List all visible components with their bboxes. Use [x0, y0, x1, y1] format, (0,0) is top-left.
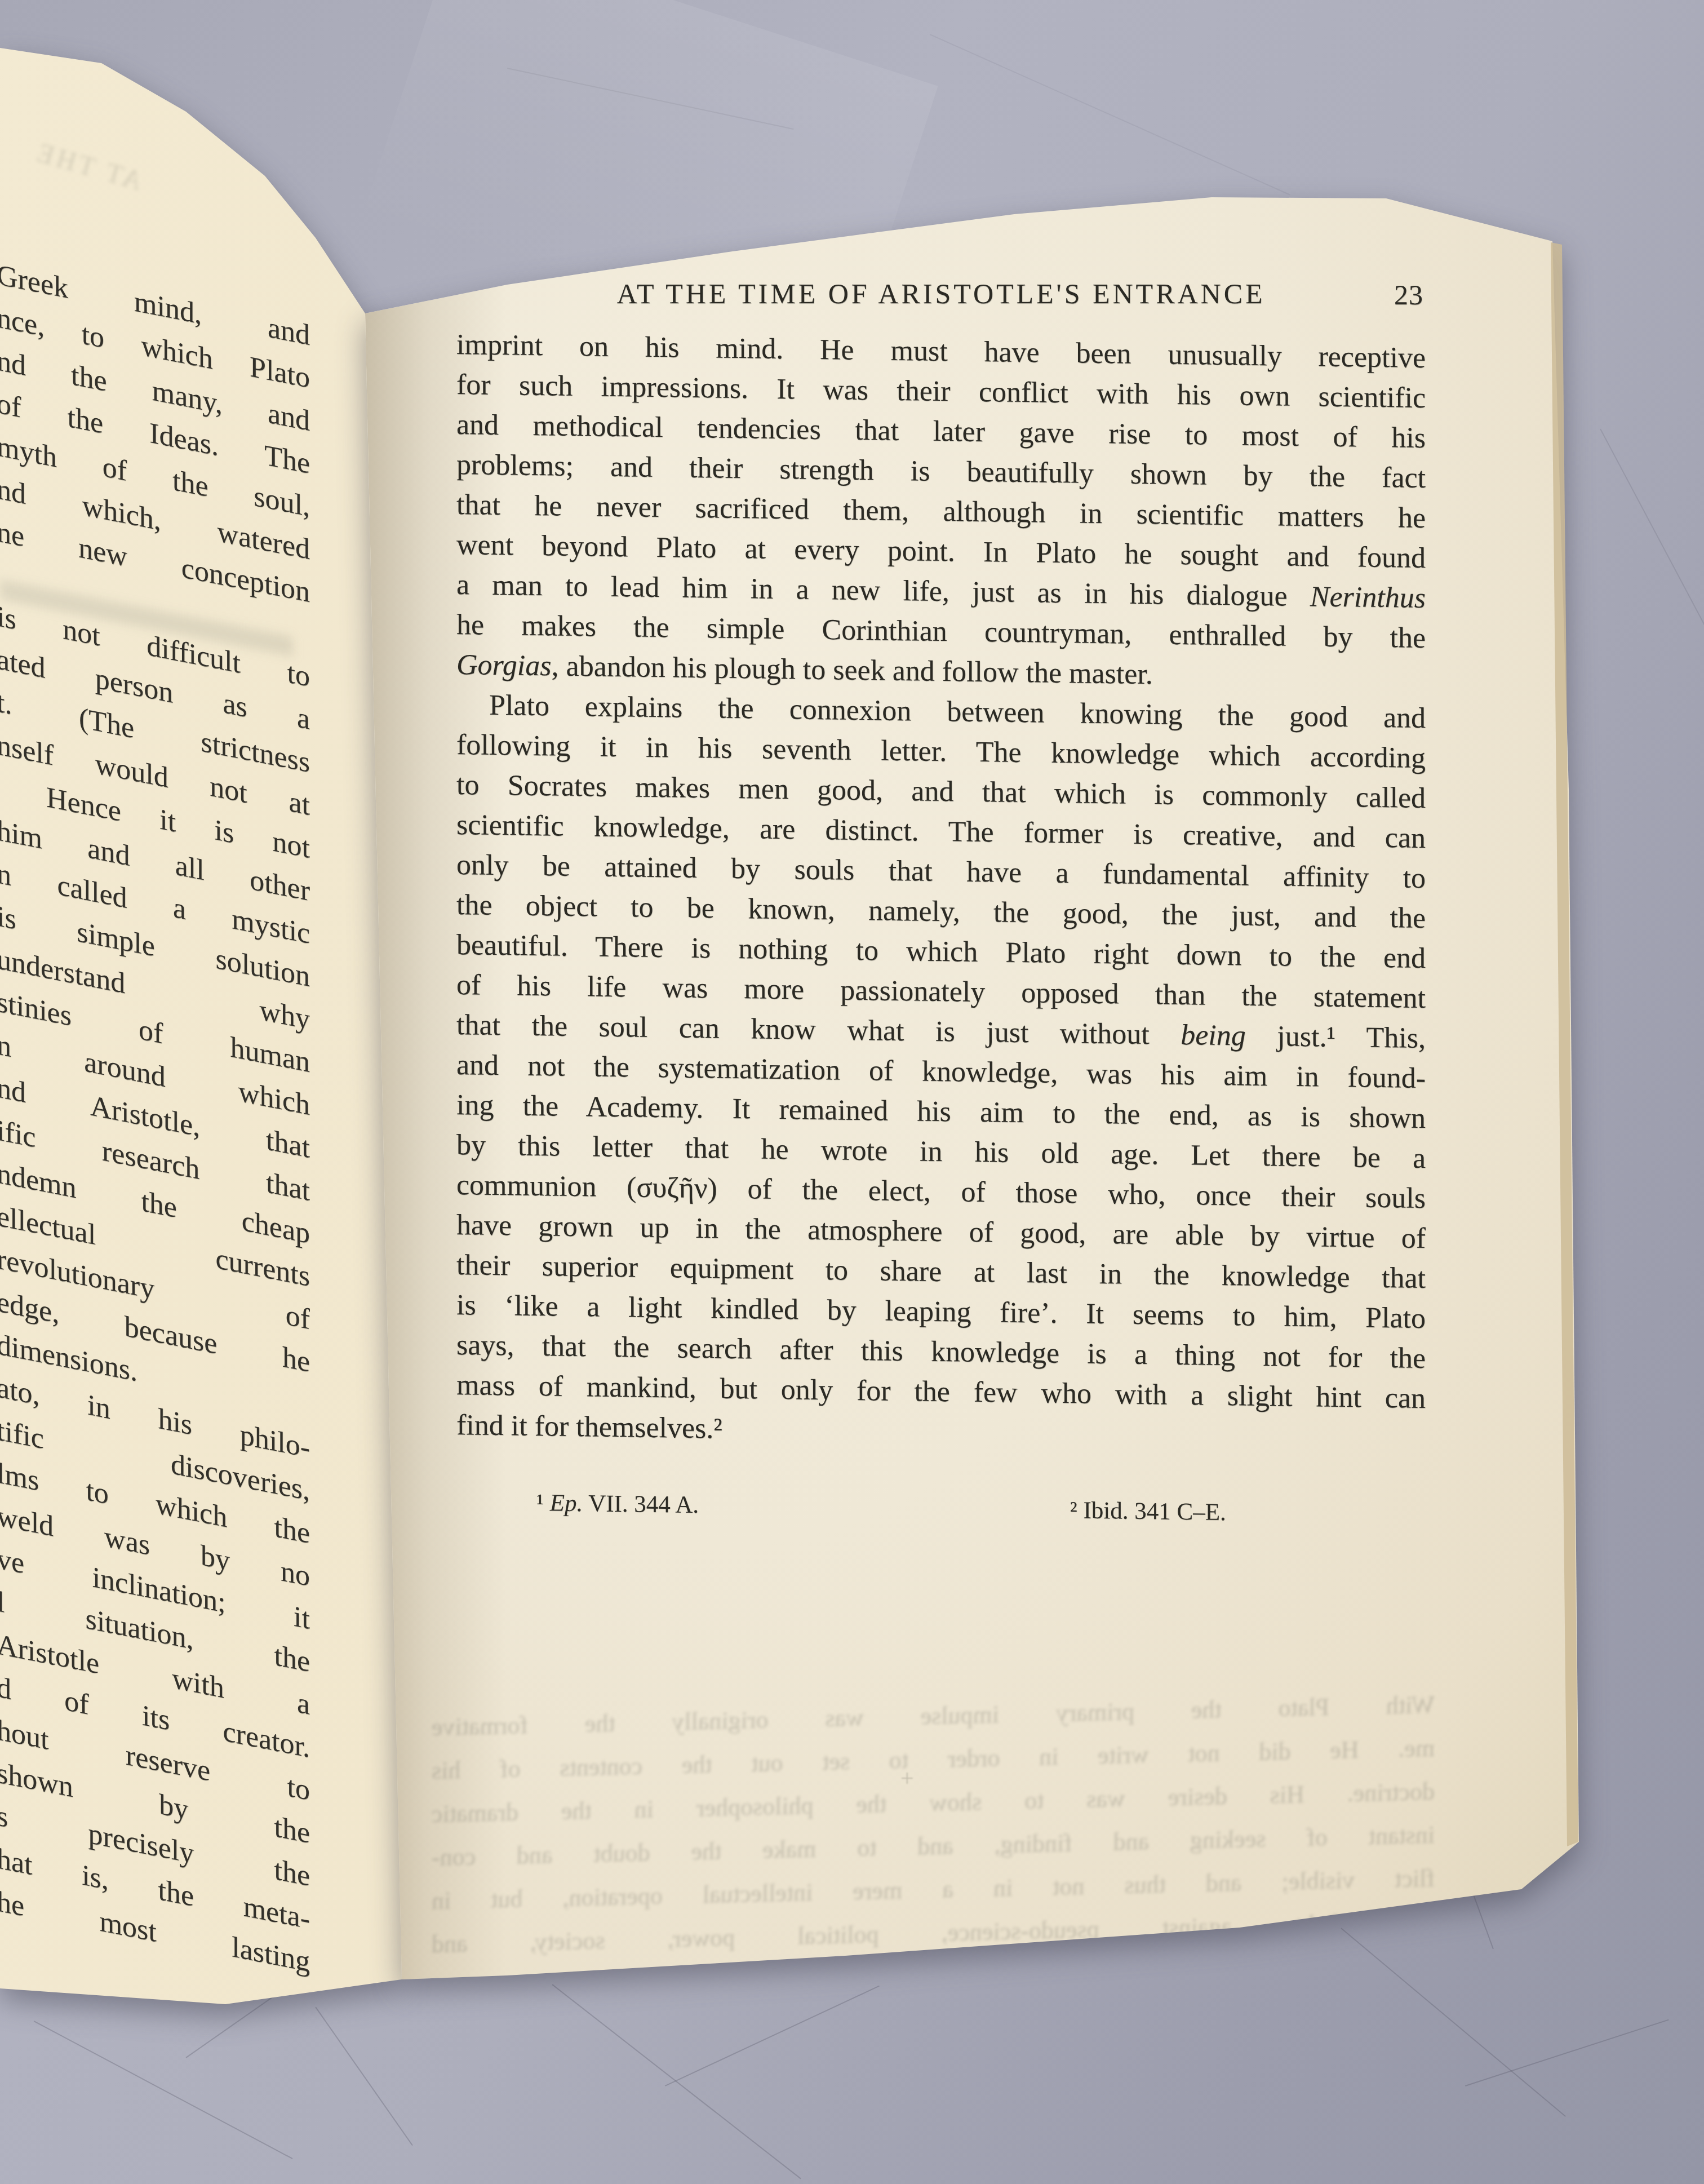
ink-mark: +: [900, 1765, 914, 1792]
book-photo: AT THE Greek mind, andnce, to which Plat…: [0, 0, 1704, 2184]
running-header-row: AT THE TIME OF ARISTOTLE'S ENTRANCE 23: [456, 277, 1426, 313]
footnote-2: ² Ibid. 341 C–E.: [1070, 1497, 1226, 1526]
body-text: imprint on his mind. He must have been u…: [456, 325, 1426, 1459]
bleedthrough-text: With Plato the primary impulse was origi…: [432, 1683, 1435, 1966]
footnote-1: ¹ Ep. VII. 344 A.: [536, 1490, 699, 1518]
running-header: AT THE TIME OF ARISTOTLE'S ENTRANCE: [616, 278, 1265, 309]
page-number: 23: [1394, 278, 1423, 311]
right-page: AT THE TIME OF ARISTOTLE'S ENTRANCE 23 i…: [0, 0, 1704, 2184]
